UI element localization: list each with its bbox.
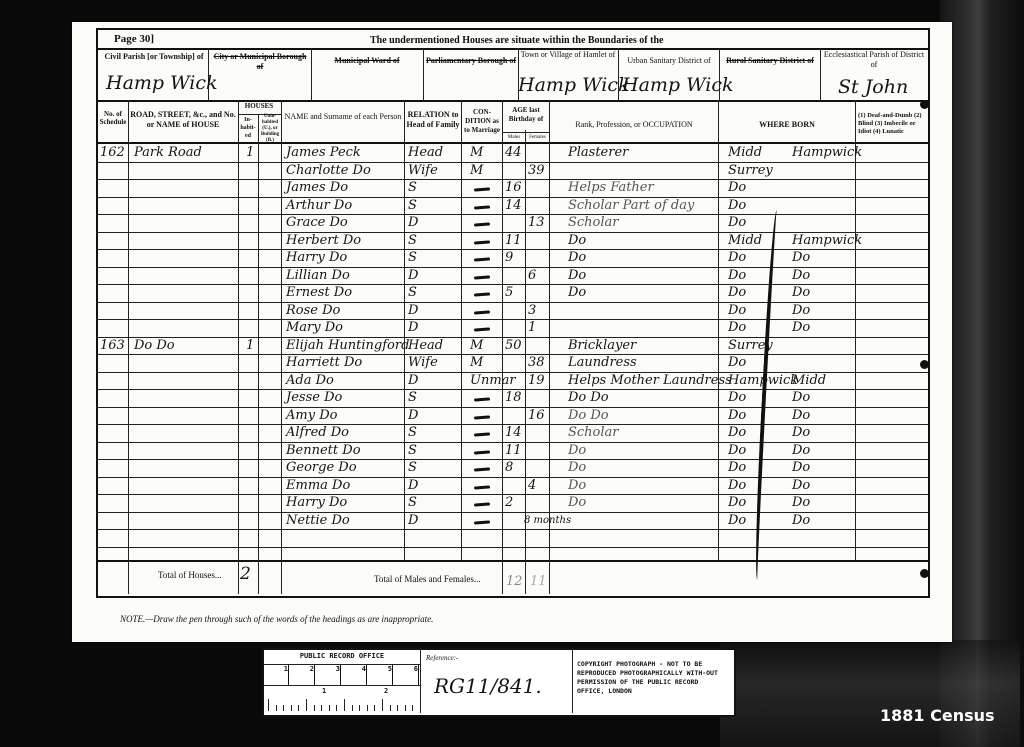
occupation-cell: Bricklayer — [568, 338, 636, 353]
col-infirmity: (1) Deaf-and-Dumb (2) Blind (3) Imbecile… — [858, 112, 928, 136]
condition-tick-mark — [474, 187, 490, 191]
total-houses-label: Total of Houses... — [158, 570, 222, 580]
relation-cell: S — [408, 198, 417, 213]
born-place-cell: Do — [792, 268, 810, 283]
born-county-cell: Do — [728, 198, 746, 213]
condition-tick-mark — [474, 327, 490, 331]
relation-cell: S — [408, 495, 417, 510]
name-cell: Rose Do — [286, 303, 340, 318]
name-cell: Harry Do — [286, 250, 347, 265]
pen-stroke-mark — [752, 210, 781, 580]
male-age-cell: 8 — [505, 460, 513, 475]
born-county-cell: Midd — [728, 145, 762, 160]
female-age-cell: 3 — [528, 303, 536, 318]
name-cell: Arthur Do — [286, 198, 352, 213]
relation-cell: S — [408, 425, 417, 440]
census-sheet: Page 30] The undermentioned Houses are s… — [72, 22, 952, 642]
film-edge-texture — [940, 0, 1024, 747]
female-age-cell: 19 — [528, 373, 545, 388]
male-age-cell: 44 — [505, 145, 522, 160]
relation-cell: D — [408, 215, 418, 230]
measurement-scale: 12345612 — [264, 665, 420, 713]
occupation-cell: Do — [568, 478, 586, 493]
relation-cell: Wife — [408, 163, 438, 178]
name-cell: Mary Do — [286, 320, 343, 335]
condition-cell: M — [470, 145, 483, 160]
male-age-cell: 14 — [505, 425, 522, 440]
ecclesiastical-parish-value: St John — [838, 76, 908, 98]
born-county-cell: Do — [728, 443, 746, 458]
condition-tick-mark — [474, 240, 490, 244]
condition-cell: M — [470, 355, 483, 370]
born-county-cell: Do — [728, 355, 746, 370]
relation-cell: S — [408, 460, 417, 475]
relation-cell: Head — [408, 145, 443, 160]
condition-tick-mark — [474, 292, 490, 296]
page-number: Page 30] — [114, 33, 154, 45]
rural-sanitary-label: Rural Sanitary District of — [722, 56, 818, 66]
reference-value: RG11/841. — [434, 674, 542, 698]
occupation-cell: Scholar — [568, 215, 619, 230]
col-schedule: No. of Schedule — [98, 110, 128, 126]
name-cell: George Do — [286, 460, 357, 475]
relation-cell: D — [408, 303, 418, 318]
born-place-cell: Do — [792, 303, 810, 318]
male-age-cell: 18 — [505, 390, 522, 405]
urban-sanitary-value: Hamp Wick — [622, 74, 734, 96]
relation-cell: Wife — [408, 355, 438, 370]
village-label: Town or Village of Hamlet of — [520, 50, 616, 60]
born-place-cell: Hampwick — [792, 233, 862, 248]
name-cell: James Do — [286, 180, 348, 195]
occupation-cell: Helps Father — [568, 180, 654, 195]
born-county-cell: Do — [728, 460, 746, 475]
male-age-cell: 2 — [505, 495, 513, 510]
col-name: NAME and Surname of each Person — [283, 112, 403, 122]
born-county-cell: Do — [728, 268, 746, 283]
col-where-born: WHERE BORN — [720, 120, 854, 130]
relation-cell: Head — [408, 338, 443, 353]
occupation-cell: Do — [568, 268, 586, 283]
condition-cell: M — [470, 163, 483, 178]
relation-cell: D — [408, 513, 418, 528]
copyright-notice: COPYRIGHT PHOTOGRAPH - NOT TO BE REPRODU… — [577, 660, 727, 696]
born-county-cell: Do — [728, 320, 746, 335]
scale-tick-label: 3 — [316, 665, 341, 685]
occupation-cell: Do — [568, 443, 586, 458]
born-county-cell: Surrey — [728, 163, 773, 178]
total-houses-value: 2 — [240, 564, 251, 584]
occupation-cell: Do — [568, 233, 586, 248]
occupation-cell: Laundress — [568, 355, 637, 370]
condition-cell: Unmar — [470, 373, 516, 388]
condition-tick-mark — [474, 397, 490, 401]
name-cell: Jesse Do — [286, 390, 342, 405]
col-road: ROAD, STREET, &c., and No. or NAME of HO… — [130, 110, 236, 130]
condition-tick-mark — [474, 432, 490, 436]
col-females: Females — [526, 134, 549, 142]
relation-cell: S — [408, 233, 417, 248]
name-cell: Charlotte Do — [286, 163, 371, 178]
born-place-cell: Do — [792, 425, 810, 440]
female-age-cell: 4 — [528, 478, 536, 493]
male-age-cell: 14 — [505, 198, 522, 213]
census-form: Page 30] The undermentioned Houses are s… — [96, 28, 930, 598]
born-place-cell: Do — [792, 250, 810, 265]
binding-hole — [920, 569, 929, 578]
name-cell: Herbert Do — [286, 233, 361, 248]
male-age-cell: 11 — [505, 443, 522, 458]
relation-cell: S — [408, 180, 417, 195]
total-females-value: 11 — [530, 574, 547, 589]
footnote: NOTE.—Draw the pen through such of the w… — [120, 614, 433, 624]
female-age-cell: 39 — [528, 163, 545, 178]
occupation-cell: Do — [568, 250, 586, 265]
civil-parish-value: Hamp Wick — [106, 72, 218, 94]
condition-tick-mark — [474, 257, 490, 261]
record-office-label: PUBLIC RECORD OFFICE 12345612 Reference:… — [262, 648, 736, 717]
watermark-caption: 1881 Census — [880, 706, 995, 725]
born-county-cell: Midd — [728, 233, 762, 248]
condition-cell: M — [470, 338, 483, 353]
name-cell: Lillian Do — [286, 268, 350, 283]
civil-parish-label: Civil Parish [or Township] of — [100, 52, 208, 62]
inhabited-cell: 1 — [246, 338, 254, 353]
born-county-cell: Do — [728, 425, 746, 440]
born-place-cell: Do — [792, 443, 810, 458]
scale-tick-label: 6 — [394, 665, 419, 685]
born-county-cell: Do — [728, 408, 746, 423]
female-age-cell: 6 — [528, 268, 536, 283]
name-cell: Ernest Do — [286, 285, 352, 300]
ecclesiastical-parish-label: Ecclesiastical Parish of District of — [822, 50, 926, 70]
born-place-cell: Do — [792, 408, 810, 423]
born-county-cell: Do — [728, 250, 746, 265]
born-place-cell: Do — [792, 320, 810, 335]
total-persons-label: Total of Males and Females... — [374, 574, 481, 584]
male-age-cell: 9 — [505, 250, 513, 265]
scale-tick-label: 5 — [368, 665, 393, 685]
condition-tick-mark — [474, 275, 490, 279]
born-place-cell: Do — [792, 495, 810, 510]
relation-cell: S — [408, 250, 417, 265]
col-inhabited: In-habit-ed — [238, 116, 258, 140]
born-place-cell: Do — [792, 390, 810, 405]
relation-cell: D — [408, 268, 418, 283]
name-cell: Emma Do — [286, 478, 350, 493]
condition-tick-mark — [474, 222, 490, 226]
municipal-ward-label: Municipal Ward of — [313, 56, 421, 66]
born-county-cell: Do — [728, 215, 746, 230]
born-county-cell: Do — [728, 495, 746, 510]
born-county-cell: Do — [728, 180, 746, 195]
condition-tick-mark — [474, 502, 490, 506]
scale-tick-label: 1 — [322, 687, 326, 695]
occupation-cell: Plasterer — [568, 145, 628, 160]
born-county-cell: Do — [728, 390, 746, 405]
condition-tick-mark — [474, 485, 490, 489]
col-uninhabited: Unin-habited (U.), or Building (B.) — [259, 114, 281, 144]
born-place-cell: Do — [792, 513, 810, 528]
relation-cell: S — [408, 285, 417, 300]
scale-tick-label: 4 — [342, 665, 367, 685]
total-males-value: 12 — [506, 574, 523, 589]
born-county-cell: Do — [728, 303, 746, 318]
parliamentary-borough-label: Parliamentary Borough of — [425, 56, 517, 66]
inhabited-cell: 1 — [246, 145, 254, 160]
born-place-cell: Hampwick — [792, 145, 862, 160]
col-age: AGE last Birthday of — [503, 106, 549, 124]
born-place-cell: Midd — [792, 373, 826, 388]
schedule-cell: 162 — [100, 145, 125, 160]
born-place-cell: Do — [792, 478, 810, 493]
name-cell: Grace Do — [286, 215, 348, 230]
col-houses: HOUSES — [238, 102, 280, 110]
born-place-cell: Do — [792, 460, 810, 475]
occupation-cell: Do Do — [568, 408, 609, 423]
name-cell: Nettie Do — [286, 513, 350, 528]
binding-hole — [920, 100, 929, 109]
col-males: Males — [503, 134, 525, 142]
female-age-cell: 8 months — [524, 515, 571, 526]
female-age-cell: 38 — [528, 355, 545, 370]
col-occupation: Rank, Profession, or OCCUPATION — [550, 120, 718, 130]
born-county-cell: Do — [728, 478, 746, 493]
reference-label: Reference:- — [426, 654, 458, 662]
condition-tick-mark — [474, 415, 490, 419]
col-relation: RELATION to Head of Family — [405, 110, 461, 130]
road-cell: Park Road — [134, 145, 202, 160]
binding-hole — [920, 360, 929, 369]
name-cell: Elijah Huntingford — [286, 338, 409, 353]
female-age-cell: 16 — [528, 408, 545, 423]
scale-tick-label: 1 — [264, 665, 289, 685]
name-cell: Harriett Do — [286, 355, 362, 370]
occupation-cell: Do Do — [568, 390, 609, 405]
condition-tick-mark — [474, 467, 490, 471]
born-place-cell: Do — [792, 285, 810, 300]
occupation-cell: Do — [568, 460, 586, 475]
male-age-cell: 16 — [505, 180, 522, 195]
condition-tick-mark — [474, 450, 490, 454]
schedule-cell: 163 — [100, 338, 125, 353]
occupation-cell: Helps Mother Laundress — [568, 373, 732, 388]
born-county-cell: Do — [728, 285, 746, 300]
name-cell: Ada Do — [286, 373, 334, 388]
record-office-title: PUBLIC RECORD OFFICE — [264, 652, 420, 660]
urban-sanitary-label: Urban Sanitary District of — [621, 56, 717, 66]
road-cell: Do Do — [134, 338, 175, 353]
municipal-borough-label: City or Municipal Borough of — [210, 52, 310, 72]
condition-tick-mark — [474, 310, 490, 314]
village-value: Hamp Wick — [518, 74, 630, 96]
name-cell: Amy Do — [286, 408, 337, 423]
relation-cell: D — [408, 478, 418, 493]
name-cell: Alfred Do — [286, 425, 349, 440]
relation-cell: S — [408, 443, 417, 458]
relation-cell: D — [408, 373, 418, 388]
scale-tick-label: 2 — [384, 687, 388, 695]
female-age-cell: 1 — [528, 320, 536, 335]
name-cell: Bennett Do — [286, 443, 361, 458]
male-age-cell: 11 — [505, 233, 522, 248]
col-condition: CON-DITION as to Marriage — [462, 108, 502, 135]
female-age-cell: 13 — [528, 215, 545, 230]
name-cell: James Peck — [286, 145, 361, 160]
name-cell: Harry Do — [286, 495, 347, 510]
occupation-cell: Scholar Part of day — [568, 198, 694, 213]
occupation-cell: Do — [568, 285, 586, 300]
relation-cell: D — [408, 408, 418, 423]
occupation-cell: Scholar — [568, 425, 619, 440]
occupation-cell: Do — [568, 495, 586, 510]
relation-cell: S — [408, 390, 417, 405]
film-edge-texture-bottom — [720, 640, 1020, 747]
condition-tick-mark — [474, 205, 490, 209]
male-age-cell: 50 — [505, 338, 522, 353]
scale-tick-label: 2 — [290, 665, 315, 685]
page-title: The undermentioned Houses are situate wi… — [370, 35, 663, 46]
condition-tick-mark — [474, 520, 490, 524]
male-age-cell: 5 — [505, 285, 513, 300]
relation-cell: D — [408, 320, 418, 335]
born-county-cell: Do — [728, 513, 746, 528]
